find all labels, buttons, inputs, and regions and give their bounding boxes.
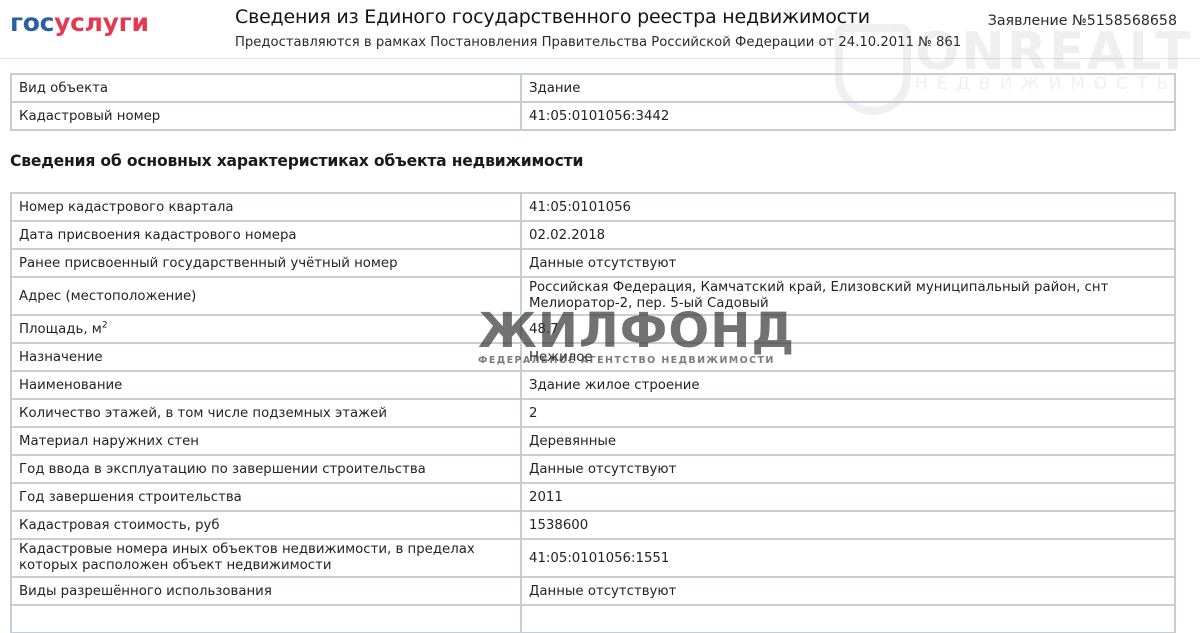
table-row: Вид объекта Здание [11, 74, 1175, 102]
table-row: Дата присвоения кадастрового номера02.02… [11, 221, 1175, 249]
document-subtitle: Предоставляются в рамках Постановления П… [235, 35, 961, 50]
table-row: Номер кадастрового квартала41:05:0101056 [11, 193, 1175, 221]
table-row: НазначениеНежилое [11, 343, 1175, 371]
row-label: Кадастровый номер [11, 102, 521, 130]
row-label: Материал наружних стен [11, 427, 521, 455]
row-label: Адрес (местоположение) [11, 277, 521, 315]
table-row [11, 605, 1175, 633]
row-label: Дата присвоения кадастрового номера [11, 221, 521, 249]
row-label: Год ввода в эксплуатацию по завершении с… [11, 455, 521, 483]
row-label: Вид объекта [11, 74, 521, 102]
table-row: Виды разрешённого использованияДанные от… [11, 577, 1175, 605]
application-number: Заявление №5158568658 [988, 13, 1177, 29]
table-row: Кадастровая стоимость, руб1538600 [11, 511, 1175, 539]
characteristics-table: Номер кадастрового квартала41:05:0101056… [10, 192, 1176, 633]
table-row: Ранее присвоенный государственный учётны… [11, 249, 1175, 277]
logo-part-uslugi: услуги [54, 8, 149, 37]
table-row: Адрес (местоположение)Российская Федерац… [11, 277, 1175, 315]
row-value: Нежилое [521, 343, 1175, 371]
table-row: Площадь, м248.7 [11, 315, 1175, 343]
object-table: Вид объекта Здание Кадастровый номер 41:… [10, 73, 1176, 131]
table-row: НаименованиеЗдание жилое строение [11, 371, 1175, 399]
row-label: Количество этажей, в том числе подземных… [11, 399, 521, 427]
row-value: 41:05:0101056:3442 [521, 102, 1175, 130]
row-label: Наименование [11, 371, 521, 399]
logo-part-gos: гос [10, 8, 54, 37]
row-value: Данные отсутствуют [521, 577, 1175, 605]
row-value: 41:05:0101056 [521, 193, 1175, 221]
row-value: 41:05:0101056:1551 [521, 539, 1175, 577]
row-value: Российская Федерация, Камчатский край, Е… [521, 277, 1175, 315]
row-label: Площадь, м2 [11, 315, 521, 343]
row-label: Номер кадастрового квартала [11, 193, 521, 221]
gosuslugi-logo[interactable]: госуслуги [10, 8, 149, 37]
row-value [521, 605, 1175, 633]
table-row: Кадастровые номера иных объектов недвижи… [11, 539, 1175, 577]
section-title: Сведения об основных характеристиках объ… [10, 152, 583, 170]
row-label: Кадастровые номера иных объектов недвижи… [11, 539, 521, 577]
table-row: Год завершения строительства2011 [11, 483, 1175, 511]
row-value: 02.02.2018 [521, 221, 1175, 249]
area-unit-superscript: 2 [102, 320, 108, 330]
row-value: 1538600 [521, 511, 1175, 539]
row-value: 2011 [521, 483, 1175, 511]
row-label: Год завершения строительства [11, 483, 521, 511]
row-label: Назначение [11, 343, 521, 371]
area-label-text: Площадь, м [19, 322, 102, 337]
row-label: Кадастровая стоимость, руб [11, 511, 521, 539]
row-value: Здание [521, 74, 1175, 102]
row-value: 2 [521, 399, 1175, 427]
table-row: Кадастровый номер 41:05:0101056:3442 [11, 102, 1175, 130]
row-label: Виды разрешённого использования [11, 577, 521, 605]
table-row: Материал наружних стенДеревянные [11, 427, 1175, 455]
row-value: Данные отсутствуют [521, 249, 1175, 277]
table-row: Год ввода в эксплуатацию по завершении с… [11, 455, 1175, 483]
row-value: Деревянные [521, 427, 1175, 455]
row-value: Данные отсутствуют [521, 455, 1175, 483]
header: госуслуги Сведения из Единого государств… [0, 0, 1200, 59]
document-title: Сведения из Единого государственного рее… [235, 6, 870, 28]
row-label [11, 605, 521, 633]
row-value: 48.7 [521, 315, 1175, 343]
table-row: Количество этажей, в том числе подземных… [11, 399, 1175, 427]
row-label: Ранее присвоенный государственный учётны… [11, 249, 521, 277]
row-value: Здание жилое строение [521, 371, 1175, 399]
